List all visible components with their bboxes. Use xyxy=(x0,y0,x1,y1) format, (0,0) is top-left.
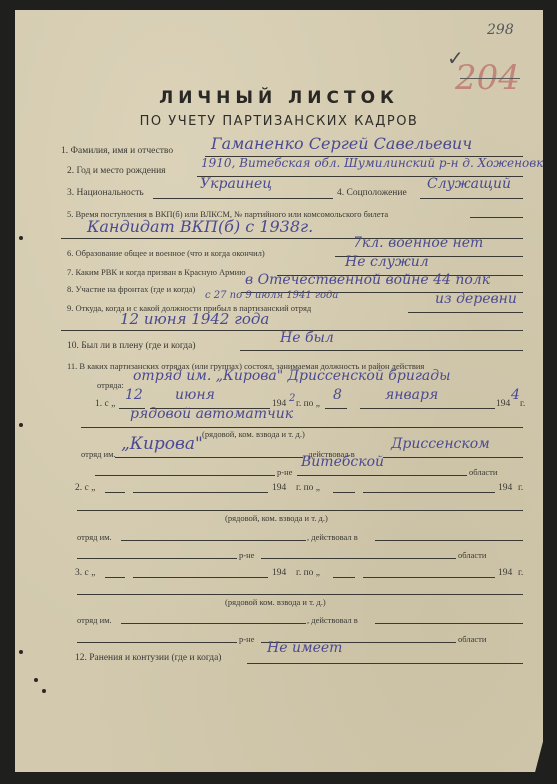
field-line xyxy=(77,510,523,511)
entry-year-suffix: г. xyxy=(518,568,523,578)
entry-region-label: области xyxy=(469,467,497,477)
document-page: 298 ✓ 204 ЛИЧНЫЙ ЛИСТОК ПО УЧЕТУ ПАРТИЗА… xyxy=(15,10,543,772)
entry-day-to: 8 xyxy=(333,387,342,403)
value-party: Кандидат ВКП(б) с 1938г. xyxy=(87,217,313,236)
field-line xyxy=(297,475,467,476)
label-full-name: 1. Фамилия, имя и отчество xyxy=(61,146,173,156)
entry-year-from-digit: 2 xyxy=(289,393,295,404)
field-line xyxy=(363,492,495,493)
value-arrival-date: 12 июня 1942 года xyxy=(120,310,269,328)
field-line xyxy=(121,623,306,624)
entry-region: Витебской xyxy=(301,454,384,470)
entry-district-label: р-не xyxy=(277,467,292,477)
field-line xyxy=(240,350,523,351)
entry-position: рядовой автоматчик xyxy=(130,406,293,422)
field-line xyxy=(121,540,306,541)
field-line xyxy=(333,492,355,493)
field-line xyxy=(363,577,495,578)
field-line xyxy=(360,408,495,409)
entry-to-label: г. по „ xyxy=(296,483,320,493)
entry-number: 2. с „ xyxy=(75,483,95,493)
label-wounds: 12. Ранения и контузии (где и когда) xyxy=(75,653,221,663)
entry-acted-label: , действовал в xyxy=(307,615,358,625)
field-line xyxy=(115,457,303,458)
field-line xyxy=(133,492,268,493)
entry-detachment: „Кирова" xyxy=(121,434,203,454)
entry-month-to: января xyxy=(385,387,438,403)
entry-to-label: г. по „ xyxy=(296,568,320,578)
entry-acted-label: , действовал в xyxy=(307,532,358,542)
value-detachment: отряд им. „Кирова" Дриссенской бригады xyxy=(133,368,451,384)
field-line xyxy=(383,457,523,458)
binder-hole xyxy=(34,678,38,682)
value-fronts: в Отечественной войне 44 полк xyxy=(245,272,490,288)
field-line xyxy=(375,623,523,624)
entry-position-hint: (рядовой, ком. взвода и т. д.) xyxy=(225,513,328,523)
value-army: Не служил xyxy=(345,254,429,270)
field-line xyxy=(420,198,523,199)
label-fronts: 8. Участие на фронтах (где и когда) xyxy=(67,284,195,294)
field-line xyxy=(247,663,523,664)
field-line xyxy=(77,594,523,595)
entry-district-label: р-не xyxy=(239,550,254,560)
field-line xyxy=(77,558,237,559)
entry-year-suffix: г. xyxy=(520,399,525,409)
label-captivity: 10. Был ли в плену (где и когда) xyxy=(67,341,196,351)
binder-hole xyxy=(19,423,23,427)
value-wounds: Не имеет xyxy=(267,640,342,656)
entry-day-from: 12 xyxy=(125,387,143,403)
value-education: 7кл. военное нет xyxy=(353,235,483,251)
binder-hole xyxy=(42,689,46,693)
label-nationality: 3. Национальность xyxy=(67,188,144,198)
entry-year-suffix: г. xyxy=(518,483,523,493)
entry-acted-in: Дриссенском xyxy=(391,436,490,452)
field-line xyxy=(408,312,523,313)
field-line xyxy=(95,475,275,476)
field-line xyxy=(153,198,333,199)
value-captivity: Не был xyxy=(280,330,334,346)
field-line xyxy=(261,558,456,559)
entry-detachment-label: отряд им. xyxy=(81,449,116,459)
label-education: 6. Образование общее и военное (что и ко… xyxy=(67,248,265,258)
entry-position-hint: (рядовой, ком. взвода и т. д.) xyxy=(202,429,305,439)
entry-number: 1. с „ xyxy=(95,399,115,409)
binder-hole xyxy=(19,650,23,654)
entry-year-to-digit: 4 xyxy=(511,387,520,403)
binder-hole xyxy=(19,236,23,240)
entry-year-to-prefix: 194 xyxy=(498,568,512,578)
entry-detachment-label: отряд им. xyxy=(77,615,112,625)
label-birth: 2. Год и место рождения xyxy=(67,166,166,176)
field-line xyxy=(81,427,523,428)
archive-page-number: 298 xyxy=(487,22,514,38)
field-line xyxy=(105,577,125,578)
entry-year-from-prefix: 194 xyxy=(272,483,286,493)
value-social-status: Служащий xyxy=(427,176,511,192)
value-fronts-dates: с 27 по 9 июля 1941 года xyxy=(205,290,338,301)
value-birth: 1910, Витебская обл. Шумилинский р-н д. … xyxy=(201,156,551,170)
field-line xyxy=(325,408,347,409)
field-line xyxy=(375,540,523,541)
entry-year-to-prefix: 194 xyxy=(498,483,512,493)
entry-number: 3. с „ xyxy=(75,568,95,578)
field-line xyxy=(105,492,125,493)
entry-district-label: р-не xyxy=(239,634,254,644)
entry-detachment-label: отряд им. xyxy=(77,532,112,542)
document-subtitle: ПО УЧЕТУ ПАРТИЗАНСКИХ КАДРОВ xyxy=(15,114,543,129)
entry-year-to-prefix: 194 xyxy=(496,399,510,409)
entry-position-hint: (рядовой ком. взвода и т. д.) xyxy=(225,597,326,607)
field-line xyxy=(77,642,237,643)
label-social-status: 4. Соцположение xyxy=(337,188,407,198)
value-full-name: Гаманенко Сергей Савельевич xyxy=(211,134,472,153)
label-detachment-area: отряда: xyxy=(97,380,124,390)
entry-month-from: июня xyxy=(175,387,215,403)
entry-year-from-prefix: 194 xyxy=(272,568,286,578)
entry-region-label: области xyxy=(458,550,486,560)
field-line xyxy=(133,577,268,578)
value-arrival-from: из деревни xyxy=(435,291,517,307)
field-line xyxy=(470,217,523,218)
strike-line xyxy=(460,78,520,79)
entry-region-label: области xyxy=(458,634,486,644)
document-title: ЛИЧНЫЙ ЛИСТОК xyxy=(15,88,543,108)
entry-to-label: г. по „ xyxy=(296,399,320,409)
label-army: 7. Каким РВК и когда призван в Красную А… xyxy=(67,267,246,277)
value-nationality: Украинец xyxy=(200,176,272,192)
field-line xyxy=(333,577,355,578)
